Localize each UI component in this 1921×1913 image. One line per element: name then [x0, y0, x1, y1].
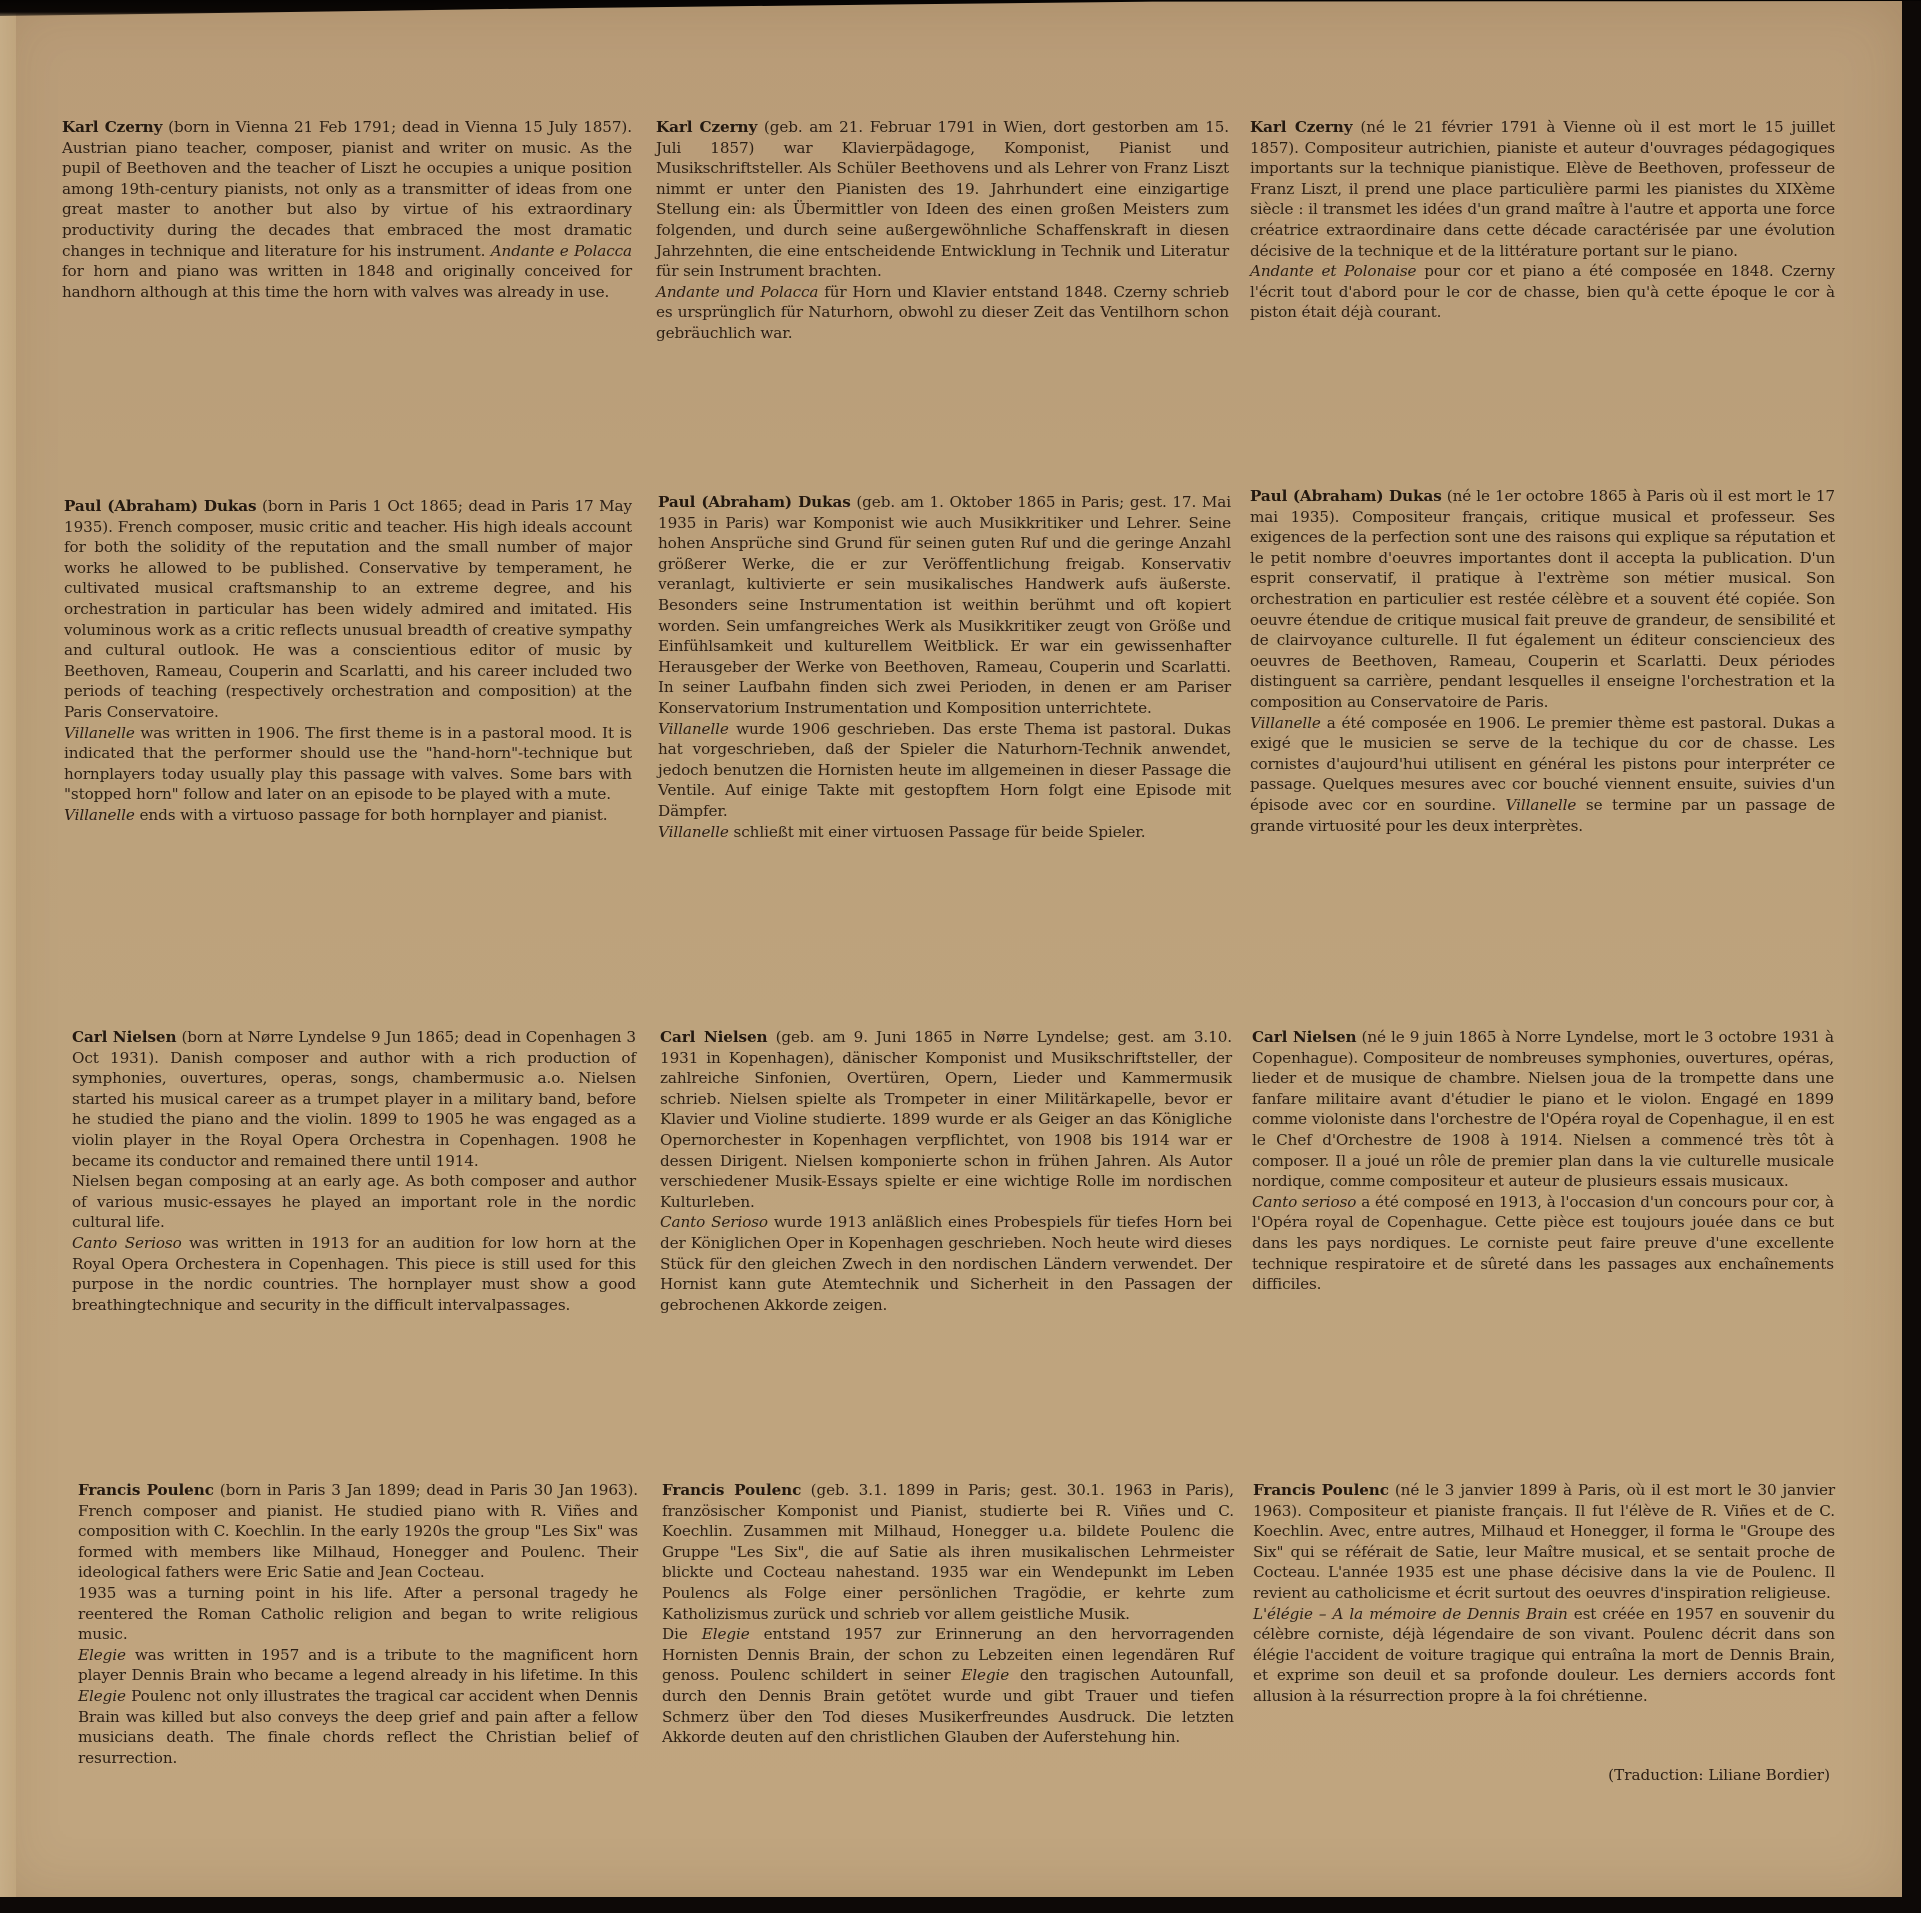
nielsen-french: Carl Nielsen (né le 9 juin 1865 à Norre … — [1252, 1027, 1834, 1295]
paragraph: Karl Czerny (born in Vienna 21 Feb 1791;… — [62, 117, 632, 302]
paragraph: Paul (Abraham) Dukas (born in Paris 1 Oc… — [64, 496, 632, 723]
composer-name: Karl Czerny — [1250, 118, 1352, 136]
work-title: Villanelle — [1250, 714, 1321, 732]
work-title: Andante et Polonaise — [1250, 262, 1416, 280]
nielsen-english: Carl Nielsen (born at Nørre Lyndelse 9 J… — [72, 1027, 636, 1315]
poulenc-french: Francis Poulenc (né le 3 janvier 1899 à … — [1253, 1480, 1835, 1707]
dukas-french: Paul (Abraham) Dukas (né le 1er octobre … — [1250, 486, 1835, 836]
work-title: Villanelle — [658, 720, 729, 738]
composer-name: Carl Nielsen — [1252, 1028, 1356, 1046]
composer-name: Paul (Abraham) Dukas — [658, 493, 851, 511]
record-sleeve-page: Karl Czerny (born in Vienna 21 Feb 1791;… — [0, 0, 1902, 1897]
paragraph: Canto Serioso wurde 1913 anläßlich eines… — [660, 1212, 1232, 1315]
work-title: Canto Serioso — [660, 1213, 768, 1231]
work-title: Elegie — [961, 1666, 1009, 1684]
bio-text: (born in Vienna 21 Feb 1791; dead in Vie… — [62, 118, 632, 260]
bio-text: (geb. 3.1. 1899 in Paris; gest. 30.1. 19… — [662, 1481, 1234, 1623]
paragraph: Karl Czerny (geb. am 21. Februar 1791 in… — [656, 117, 1229, 282]
paragraph: Francis Poulenc (né le 3 janvier 1899 à … — [1253, 1480, 1835, 1604]
paragraph: Carl Nielsen (geb. am 9. Juni 1865 in Nø… — [660, 1027, 1232, 1212]
czerny-english: Karl Czerny (born in Vienna 21 Feb 1791;… — [62, 117, 632, 302]
composer-name: Karl Czerny — [656, 118, 757, 136]
work-text: was written in 1957 and is a tribute to … — [78, 1646, 638, 1685]
work-title: Elegie — [78, 1646, 126, 1664]
composer-name: Paul (Abraham) Dukas — [64, 497, 257, 515]
work-title: Villanelle — [1506, 796, 1577, 814]
paragraph: Carl Nielsen (né le 9 juin 1865 à Norre … — [1252, 1027, 1834, 1192]
paragraph: Villanelle schließt mit einer virtuosen … — [658, 822, 1231, 843]
paragraph: Canto Serioso was written in 1913 for an… — [72, 1233, 636, 1315]
photo-background: Karl Czerny (born in Vienna 21 Feb 1791;… — [0, 0, 1921, 1913]
bio-text: (geb. am 21. Februar 1791 in Wien, dort … — [656, 118, 1229, 280]
work-title: Andante und Polacca — [656, 283, 818, 301]
composer-name: Paul (Abraham) Dukas — [1250, 487, 1442, 505]
czerny-german: Karl Czerny (geb. am 21. Februar 1791 in… — [656, 117, 1229, 344]
work-title: Elegie — [78, 1687, 126, 1705]
composer-name: Carl Nielsen — [72, 1028, 176, 1046]
paragraph: Villanelle wurde 1906 geschrieben. Das e… — [658, 719, 1231, 822]
paragraph: Nielsen began composing at an early age.… — [72, 1171, 636, 1233]
paragraph: Canto serioso a été composé en 1913, à l… — [1252, 1192, 1834, 1295]
work-title: Villanelle — [64, 806, 135, 824]
bio-text: (né le 3 janvier 1899 à Paris, où il est… — [1253, 1481, 1835, 1602]
composer-name: Francis Poulenc — [1253, 1481, 1389, 1499]
work-text: Die — [662, 1625, 702, 1643]
dukas-german: Paul (Abraham) Dukas (geb. am 1. Oktober… — [658, 492, 1231, 842]
bio-text: (geb. am 9. Juni 1865 in Nørre Lyndelse;… — [660, 1028, 1232, 1211]
work-text: Poulenc not only illustrates the tragica… — [78, 1687, 638, 1767]
bio-text: (né le 1er octobre 1865 à Paris où il es… — [1250, 487, 1835, 711]
bio-text: (born at Nørre Lyndelse 9 Jun 1865; dead… — [72, 1028, 636, 1170]
composer-name: Karl Czerny — [62, 118, 162, 136]
paragraph: Villanelle was written in 1906. The firs… — [64, 723, 632, 805]
bio-text: (né le 9 juin 1865 à Norre Lyndelse, mor… — [1252, 1028, 1834, 1190]
bio-text: (born in Paris 1 Oct 1865; dead in Paris… — [64, 497, 632, 721]
paragraph: Francis Poulenc (geb. 3.1. 1899 in Paris… — [662, 1480, 1234, 1624]
paragraph: Villanelle a été composée en 1906. Le pr… — [1250, 713, 1835, 837]
paragraph: Francis Poulenc (born in Paris 3 Jan 189… — [78, 1480, 638, 1583]
paragraph: Karl Czerny (né le 21 février 1791 à Vie… — [1250, 117, 1835, 261]
work-title: Villanelle — [658, 823, 729, 841]
bio-text: (geb. am 1. Oktober 1865 in Paris; gest.… — [658, 493, 1231, 717]
paragraph: Carl Nielsen (born at Nørre Lyndelse 9 J… — [72, 1027, 636, 1171]
bio-text: (né le 21 février 1791 à Vienne où il es… — [1250, 118, 1835, 260]
composer-name: Francis Poulenc — [662, 1481, 801, 1499]
paragraph: Paul (Abraham) Dukas (geb. am 1. Oktober… — [658, 492, 1231, 719]
work-text: was written in 1906. The first theme is … — [64, 724, 632, 804]
czerny-french: Karl Czerny (né le 21 février 1791 à Vie… — [1250, 117, 1835, 323]
paragraph: L'élégie – A la mémoire de Dennis Brain … — [1253, 1604, 1835, 1707]
poulenc-german: Francis Poulenc (geb. 3.1. 1899 in Paris… — [662, 1480, 1234, 1748]
work-text: schließt mit einer virtuosen Passage für… — [729, 823, 1146, 841]
work-title: Villanelle — [64, 724, 135, 742]
paragraph: 1935 was a turning point in his life. Af… — [78, 1583, 638, 1645]
paragraph: Andante und Polacca für Horn und Klavier… — [656, 282, 1229, 344]
work-title: Canto serioso — [1252, 1193, 1356, 1211]
work-title: L'élégie – A la mémoire de Dennis Brain — [1253, 1605, 1568, 1623]
paragraph: Villanelle ends with a virtuoso passage … — [64, 805, 632, 826]
dukas-english: Paul (Abraham) Dukas (born in Paris 1 Oc… — [64, 496, 632, 826]
work-title: Andante e Polacca — [491, 242, 632, 260]
work-text: for horn and piano was written in 1848 a… — [62, 262, 632, 301]
work-title: Elegie — [702, 1625, 750, 1643]
composer-name: Francis Poulenc — [78, 1481, 214, 1499]
work-text: wurde 1906 geschrieben. Das erste Thema … — [658, 720, 1231, 820]
work-text: ends with a virtuoso passage for both ho… — [135, 806, 608, 824]
poulenc-english: Francis Poulenc (born in Paris 3 Jan 189… — [78, 1480, 638, 1768]
paragraph: Paul (Abraham) Dukas (né le 1er octobre … — [1250, 486, 1835, 713]
nielsen-german: Carl Nielsen (geb. am 9. Juni 1865 in Nø… — [660, 1027, 1232, 1315]
work-title: Canto Serioso — [72, 1234, 182, 1252]
paragraph: Andante et Polonaise pour cor et piano a… — [1250, 261, 1835, 323]
composer-name: Carl Nielsen — [660, 1028, 767, 1046]
paragraph: Elegie was written in 1957 and is a trib… — [78, 1645, 638, 1769]
translation-credit: (Traduction: Liliane Bordier) — [1608, 1766, 1830, 1784]
paragraph: Die Elegie entstand 1957 zur Erinnerung … — [662, 1624, 1234, 1748]
